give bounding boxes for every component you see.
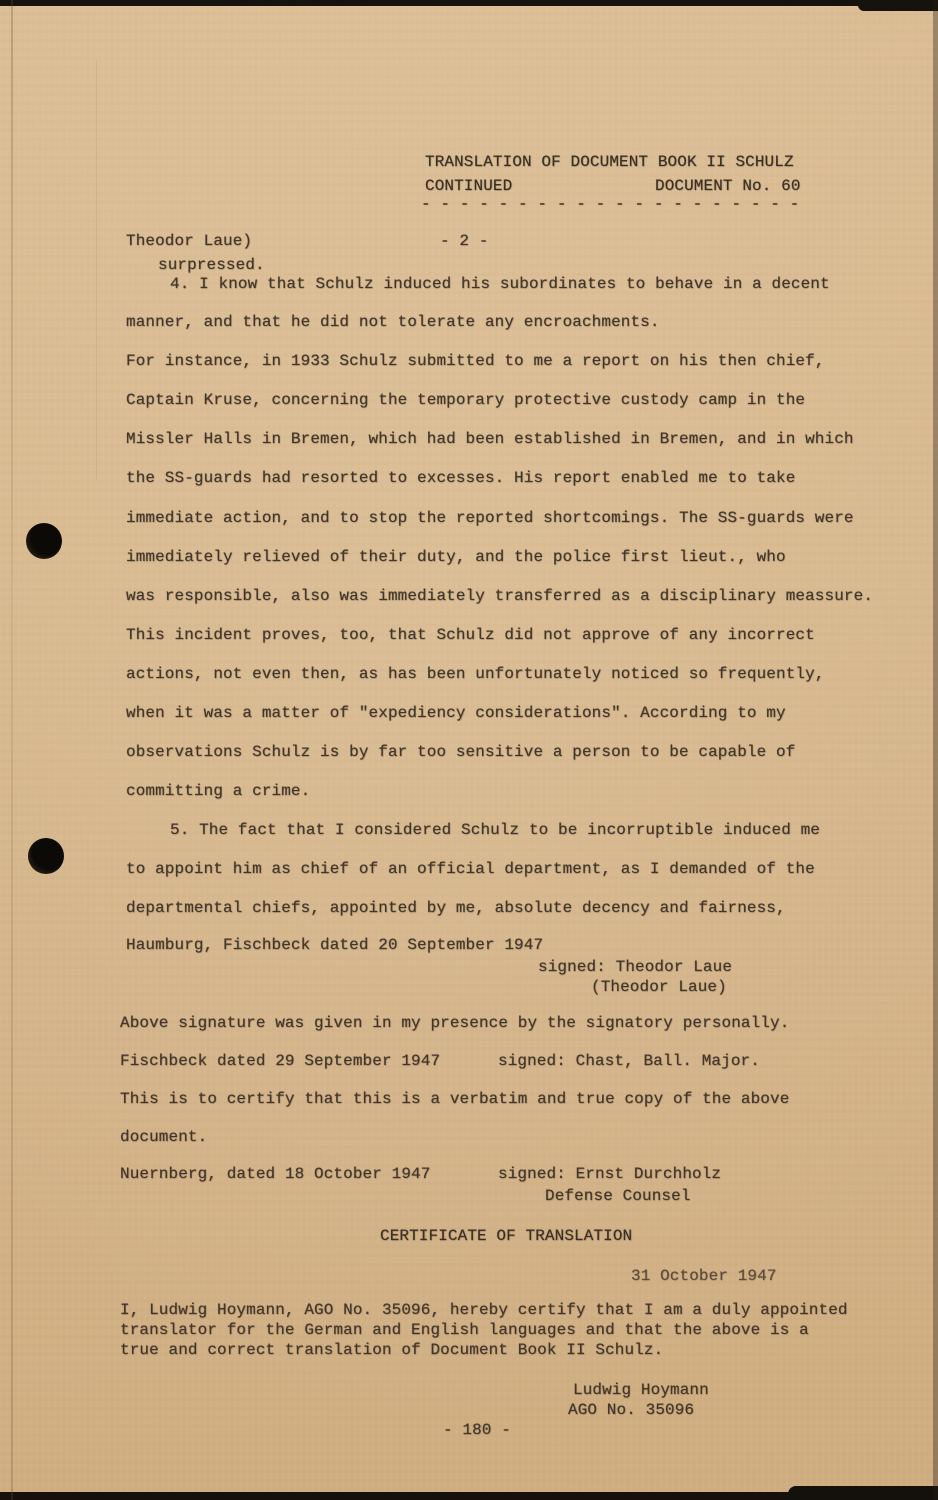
header-divider: - - - - - - - - - - - - - - - - - - - - <box>421 194 799 214</box>
header-continued: CONTINUED <box>425 176 512 196</box>
body-line: Captain Kruse, concerning the temporary … <box>126 390 805 410</box>
body-line: actions, not even then, as has been unfo… <box>126 664 825 684</box>
affiant-continuation-line: Theodor Laue) <box>126 231 252 251</box>
scan-edge-bottom-right <box>788 1486 938 1500</box>
punch-hole-top <box>26 523 62 559</box>
certificate-heading: CERTIFICATE OF TRANSLATION <box>380 1226 632 1246</box>
signature-theodor-laue-name: (Theodor Laue) <box>591 977 727 997</box>
scan-edge-top <box>0 0 938 6</box>
body-line: This incident proves, too, that Schulz d… <box>126 625 815 645</box>
body-line: immediate action, and to stop the report… <box>126 508 854 528</box>
body-line: For instance, in 1933 Schulz submitted t… <box>126 351 825 371</box>
witness-place-date: Fischbeck dated 29 September 1947 <box>120 1051 440 1071</box>
paper-crease-faint <box>96 60 97 480</box>
copy-certification-line: This is to certify that this is a verbat… <box>120 1089 789 1109</box>
witness-statement: Above signature was given in my presence… <box>120 1013 789 1033</box>
defense-counsel-label: Defense Counsel <box>545 1186 691 1206</box>
body-line: 4. I know that Schulz induced his subord… <box>170 274 830 294</box>
body-line: to appoint him as chief of an official d… <box>126 859 815 879</box>
scan-edge-right <box>933 0 938 1500</box>
signature-durchholz: signed: Ernst Durchholz <box>498 1164 721 1184</box>
certificate-line: translator for the German and English la… <box>120 1320 809 1340</box>
paper-crease <box>11 0 13 1500</box>
body-line: the SS-guards had resorted to excesses. … <box>126 468 795 488</box>
body-line: manner, and that he did not tolerate any… <box>126 312 660 332</box>
signature-hoymann: Ludwig Hoymann <box>573 1380 709 1400</box>
punch-hole-bottom <box>28 838 64 874</box>
body-line: immediately relieved of their duty, and … <box>126 547 786 567</box>
certificate-line: I, Ludwig Hoymann, AGO No. 35096, hereby… <box>120 1300 848 1320</box>
attestation-place-date: Haumburg, Fischbeck dated 20 September 1… <box>126 935 543 955</box>
body-line: observations Schulz is by far too sensit… <box>126 742 795 762</box>
nuernberg-date-line: Nuernberg, dated 18 October 1947 <box>120 1164 430 1184</box>
copy-certification-line: document. <box>120 1127 207 1147</box>
header-doc-number: DOCUMENT No. 60 <box>655 176 801 196</box>
document-page: TRANSLATION OF DOCUMENT BOOK II SCHULZ C… <box>0 0 938 1500</box>
signature-theodor-laue: signed: Theodor Laue <box>538 957 732 977</box>
body-line: was responsible, also was immediately tr… <box>126 586 873 606</box>
body-line: when it was a matter of "expediency cons… <box>126 703 786 723</box>
body-line: 5. The fact that I considered Schulz to … <box>170 820 820 840</box>
body-line: departmental chiefs, appointed by me, ab… <box>126 898 786 918</box>
page-number: - 2 - <box>440 231 489 251</box>
footer-page-number: - 180 - <box>443 1420 511 1440</box>
certificate-line: true and correct translation of Document… <box>120 1340 663 1360</box>
body-line: Missler Halls in Bremen, which had been … <box>126 429 854 449</box>
body-line: surpressed. <box>158 255 265 275</box>
certificate-date: 31 October 1947 <box>631 1266 777 1286</box>
header-title: TRANSLATION OF DOCUMENT BOOK II SCHULZ <box>425 152 794 172</box>
signature-hoymann-ago: AGO No. 35096 <box>568 1400 694 1420</box>
scan-edge-top-right <box>858 0 938 11</box>
signature-major: signed: Chast, Ball. Major. <box>498 1051 760 1071</box>
body-line: committing a crime. <box>126 781 310 801</box>
